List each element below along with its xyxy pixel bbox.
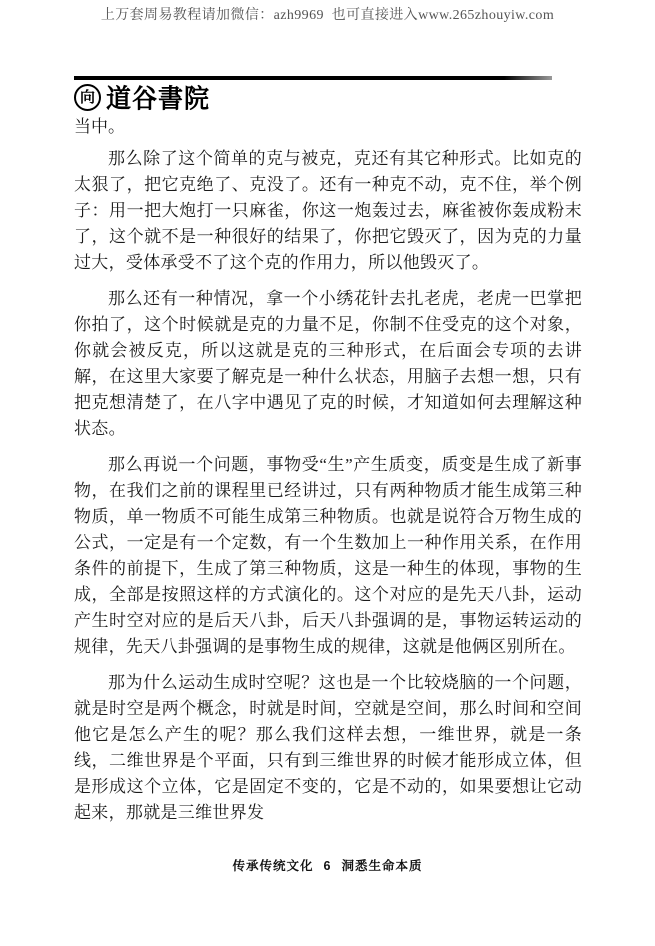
body-paragraph-2: 那么还有一种情况，拿一个小绣花针去扎老虎，老虎一巴掌把你拍了，这个时候就是克的力…	[74, 286, 582, 442]
carryover-line: 当中。	[74, 116, 582, 138]
watermark-header: 上万套周易教程请加微信：azh9969 也可直接进入www.265zhouyiw…	[0, 4, 655, 24]
document-page: 上万套周易教程请加微信：azh9969 也可直接进入www.265zhouyiw…	[0, 0, 655, 946]
brand-name: 道谷書院	[106, 78, 210, 116]
body-paragraph-1: 那么除了这个简单的克与被克，克还有其它种形式。比如克的太狠了，把它克绝了、克没了…	[74, 146, 582, 276]
body-paragraph-3: 那么再说一个问题，事物受“生”产生质变，质变是生成了新事物，在我们之前的课程里已…	[74, 452, 582, 660]
brand-logo: 向 道谷書院	[74, 81, 582, 113]
seal-icon: 向	[74, 84, 101, 111]
footer-title: 洞悉生命本质	[341, 859, 422, 873]
page-content: 向 道谷書院 当中。 那么除了这个简单的克与被克，克还有其它种形式。比如克的太狠…	[74, 76, 582, 836]
body-paragraph-4: 那为什么运动生成时空呢？这也是一个比较烧脑的一个问题，就是时空是两个概念，时就是…	[74, 670, 582, 826]
page-footer: 传承传统文化6洞悉生命本质	[0, 856, 655, 874]
footer-volume-number: 6	[324, 859, 332, 873]
footer-series: 传承传统文化	[233, 859, 314, 873]
